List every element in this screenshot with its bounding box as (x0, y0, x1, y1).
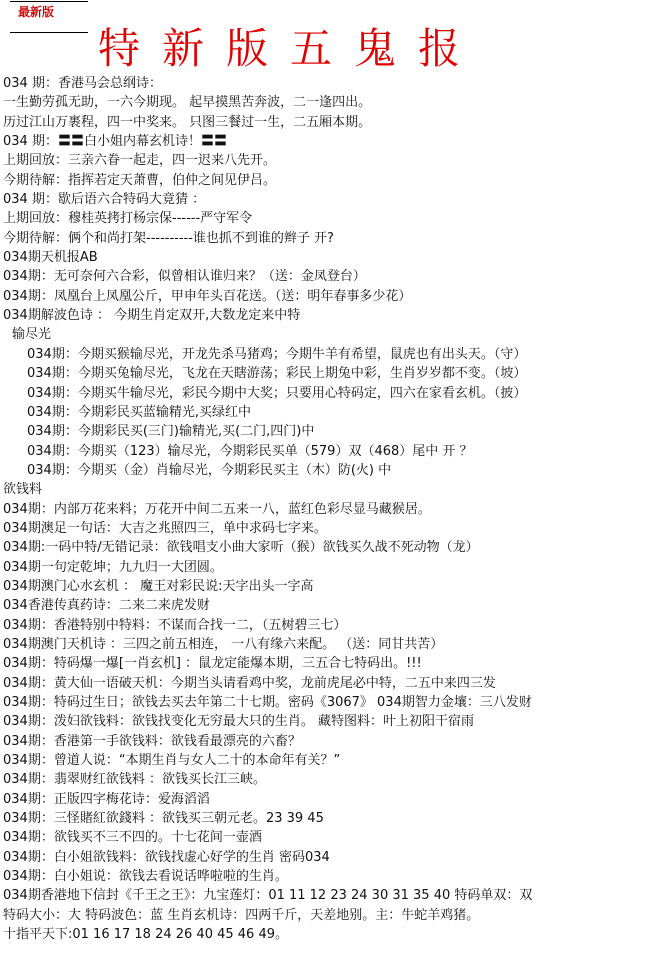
text-line: 034期天机报AB (3, 248, 670, 267)
badge-label: 最新版 (10, 2, 88, 32)
page-title: 特新版五鬼报 (98, 24, 482, 74)
text-line: 034期：无可奈何六合彩，似曾相认谁归来？（送：金凤登台） (3, 267, 670, 286)
text-line: 034期：特码爆一爆[一肖玄机] ：鼠龙定能爆本期，三五合七特码出。!!! (3, 654, 670, 673)
text-line: 034 期：香港马会总纲诗： (3, 74, 670, 93)
text-line: 034期澳门天机诗 ：三四之前五相连， 一八有缘六来配。 （送：同甘共苦） (3, 635, 670, 654)
text-line: 034期：白小姐说：欲钱去看说话哗啦啦的生肖。 (3, 867, 670, 886)
text-line: 输尽光 (3, 325, 670, 344)
text-line: 历过江山万裹程，四一中奖来。 只图三餐过一生，二五厢本期。 (3, 113, 670, 132)
text-line: 034期：今期买牛输尽光，彩民今期中大奖；只要用心特码定，四六在家看玄机。（披） (3, 384, 670, 403)
text-line: 034期：香港特别中特料：不谋而合找一二，（五树碧三七） (3, 616, 670, 635)
text-line: 034期解波色诗 ： 今期生肖定双开,大数龙定来中特 (3, 306, 670, 325)
text-line: 034期:一码中特/无错记录：欲钱唱支小曲大家听（猴）欲钱买久战不死动物（龙） (3, 538, 670, 557)
document-body: 034 期：香港马会总纲诗：一生勤劳孤无助，一六今期现。 起早摸黑苦奔波，二一逢… (3, 74, 670, 944)
text-line: 034期：泼妇欲钱料：欲钱找变化无穷最大只的生肖。 藏特图料：叶上初阳干宿雨 (3, 712, 670, 731)
text-line: 034期：曾道人说：“本期生肖与女人二十的本命年有关？” (3, 751, 670, 770)
text-line: 今期待解：指挥若定天萧曹，伯仲之间见伊吕。 (3, 171, 670, 190)
text-line: 上期回放：穆桂英拷打杨宗保------严守军令 (3, 209, 670, 228)
text-line: 034香港传真药诗：二来二来虎发财 (3, 596, 670, 615)
text-line: 一生勤劳孤无助，一六今期现。 起早摸黑苦奔波，二一逢四出。 (3, 93, 670, 112)
text-line: 034期澳门心水玄机 ： 魔王对彩民说:天字出头一字高 (3, 577, 670, 596)
text-line: 欲钱料 (3, 480, 670, 499)
text-line: 上期回放：三亲六眷一起走，四一迟来八先开。 (3, 151, 670, 170)
text-line: 034期香港地下信封《千王之王》：九宝莲灯：01 11 12 23 24 30 … (3, 886, 670, 905)
text-line: 034期：今期彩民买蓝输精光,买绿红中 (3, 403, 670, 422)
text-line: 034 期：歇后语六合特码大竟猜 ： (3, 190, 670, 209)
text-line: 034期：内部万花来料；万花开中间二五来一八，蓝红色彩尽显马藏猴居。 (3, 500, 670, 519)
text-line: 034期：黄大仙一语破天机：今期当头请看鸡中奖，龙前虎尾必中特，二五中来四三发 (3, 674, 670, 693)
text-line: 034期：今期买兔输尽光，飞龙在天瞎游荡；彩民上期兔中彩，生肖岁岁都不变。（坡） (3, 364, 670, 383)
text-line: 034 期：〓〓白小姐内幕玄机诗！〓〓 (3, 132, 670, 151)
text-line: 特码大小：大 特码波色：蓝 生肖玄机诗：四两千斤，天差地别。主：牛蛇羊鸡猪。 (3, 906, 670, 925)
text-line: 034期：凤凰台上凤凰公斤，甲申年头百花送。（送：明年春事多少花） (3, 287, 670, 306)
text-line: 034期：欲钱买不三不四的。十七花间一壶酒 (3, 828, 670, 847)
text-line: 034期：今期彩民买(三门)输精光,买(二门,四门)中 (3, 422, 670, 441)
text-line: 今期待解：俩个和尚打架----------谁也抓不到谁的辫子 开? (3, 229, 670, 248)
text-line: 034期：特码过生日；欲钱去买去年第二十七期。密码《3067》 034期智力金壤… (3, 693, 670, 712)
text-line: 034期：三怪賭紅欲錢料 ：欲钱买三朝元老。23 39 45 (3, 809, 670, 828)
text-line: 034期澳足一句话：大吉之兆照四三，单中求码七字来。 (3, 519, 670, 538)
text-line: 034期：香港第一手欲钱料：欲钱看最漂亮的六畜？ (3, 732, 670, 751)
divider (10, 32, 88, 33)
text-line: 034期：今期买（123）输尽光，今期彩民买单（579）双（468）尾中 开 ？ (3, 442, 670, 461)
text-line: 034期：白小姐欲钱料：欲钱找虚心好学的生肖 密码034 (3, 848, 670, 867)
text-line: 034期：翡翠财红欲钱料 ：欲钱买长江三峡。 (3, 770, 670, 789)
edition-badge: 最新版 (10, 0, 88, 33)
text-line: 034期：今期买猴输尽光，开龙先杀马猪鸡；今期牛羊有希望，鼠虎也有出头天。（守） (3, 345, 670, 364)
text-line: 034期一句定乾坤；九九归一大团圆。 (3, 558, 670, 577)
text-line: 034期：今期买（金）肖输尽光，今期彩民买主（木）防(火) 中 (3, 461, 670, 480)
text-line: 十指平天下:01 16 17 18 24 26 40 45 46 49。 (3, 925, 670, 944)
text-line: 034期：正版四字梅花诗：爱海滔滔 (3, 790, 670, 809)
